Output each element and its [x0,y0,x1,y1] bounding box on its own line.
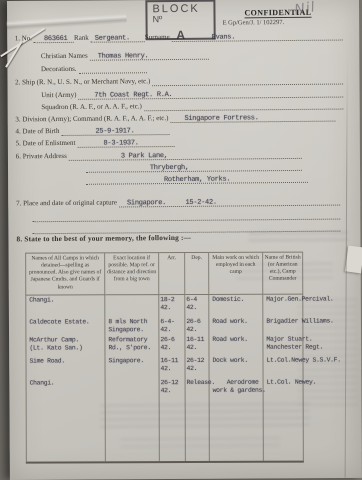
birth-label: 4. Date of Birth [15,127,61,136]
ship-label: 2. Ship (R. N., U. S. N., or Merchant Na… [15,77,152,87]
cell-camp: Changi. [25,295,105,317]
cell-arrival: 18-2 42. [159,295,185,317]
ship-entry-line [152,74,343,87]
field-row-christian-names: Christian Names Thomas Henry. [41,48,209,61]
page-content: BLOCK Nº A CONFIDENTIAL E Gp/Gen/J. 1/ 1… [6,0,362,480]
cell-work: Dock work. [209,356,263,378]
memory-section-heading: 8. State to the best of your memory, the… [16,233,191,244]
cell-work: Road work. [209,335,263,356]
no-entry-line: 863661 [34,32,74,43]
cell-commander: Lt.Col.Newey S.S.V.F. [263,356,303,378]
cell-commander: Lt.Col. Newey. [264,378,304,404]
cell-arrival: 26-12 42. [160,378,186,404]
reference-number: E Gp/Gen/J. 1/ 102297. [223,19,285,27]
document-page: BLOCK Nº A CONFIDENTIAL E Gp/Gen/J. 1/ 1… [7,0,362,480]
cell-location [106,378,160,404]
binding-thread [5,41,22,68]
rank-entry-line: Sergeant. [91,31,145,42]
field-row-capture: 7. Place and date of original capture Si… [16,194,340,209]
cell-commander: Major.Gen.Percival. [263,295,303,317]
ink-bleedthrough [297,298,358,409]
cell-location: 8 mls North Singapore. [105,317,159,335]
cell-empty [26,404,106,461]
capture-label: 7. Place and date of original capture [16,198,119,208]
address-entry-line3: Rotherham, Yorks. [86,172,308,185]
cell-commander: Brigadier Williams. [263,317,303,335]
cell-camp: Sime Road. [25,356,105,378]
header-camp-commander: Name of British (or American etc.), Camp… [263,253,303,295]
christian-names-value: Thomas Henry. [98,52,149,60]
handwritten-nil-note: Nil [293,0,317,19]
cell-location: Reformatory Rd., S'pore. [105,335,159,356]
stamp-text: Nº [148,15,214,24]
address-label: 6. Private Address [16,152,69,161]
ink-bleedthrough [248,231,348,242]
cell-arrival: 16-11 42. [159,356,185,378]
capture-entry-line: Singapore. 15-2-42. [119,195,340,208]
cell-departure: 26-12 42. [185,356,209,378]
block-number-stamp: BLOCK Nº A [145,0,215,40]
cell-work: Aerodrome work & gardens. [210,378,264,404]
capture-value: Singapore. 15-2-42. [127,199,217,208]
address-value-line3: Rotherham, Yorks. [164,176,230,185]
stamp-block-letter: A [176,28,185,42]
no-label: 1. No. [15,34,34,43]
rank-value: Sergeant. [95,34,130,42]
cell-arrival: 26-6 42. [159,335,185,356]
christian-names-label: Christian Names [41,52,90,61]
decorations-label: Decorations. [41,65,79,74]
unit-label: Unit (Army) [41,91,78,100]
division-value: Singapore Fortress. [184,114,258,123]
cell-work: Domestic. [209,295,263,317]
cell-commander: Major Stuart. Manchester Regt. [263,335,303,356]
division-entry-line: Singapore Fortress. [170,111,335,123]
rank-label: Rank [74,34,91,43]
cell-departure: Release. [186,378,210,404]
cell-camp: Changi. [26,378,106,404]
header-departure: Dep. [185,253,209,295]
cell-empty [186,404,210,461]
cell-camp: McArthur Camp. (Lt. Kato San.) [25,335,105,356]
cell-arrival: 6-4- 42. [159,317,185,335]
enlistment-value: 8-3-1937. [103,139,138,147]
field-row-decorations: Decorations. [41,61,147,74]
cell-departure: 6-4 42. [185,295,209,317]
cell-camp: Caldecote Estate. [25,317,105,335]
field-row-address3: Rotherham, Yorks. [86,171,308,185]
header-camp-names: Names of All Camps in which detained—spe… [25,253,105,295]
cell-departure: 26-6 42. [185,317,209,335]
paper-fold [345,246,362,274]
cell-empty [160,404,186,461]
header-main-work: Main work on which employed in each camp [209,253,263,295]
cell-empty [210,404,264,461]
enlistment-entry-line: 8-3-1937. [77,136,174,148]
cell-location [105,295,159,317]
field-row-division: 3. Division (Army); Command (R. A. F., A… [15,110,335,125]
cell-empty [106,404,160,461]
header-exact-location: Exact location if possible. Map ref. or … [105,253,159,295]
enlistment-label: 5. Date of Enlistment [16,139,78,149]
header-arrival: Arr. [159,253,185,295]
cell-location: Singapore. [105,356,159,378]
paper-crease [6,13,126,30]
cell-work: Road work. [209,317,263,335]
cell-departure: 16-11 42. [185,335,209,356]
cell-empty [264,404,304,461]
christian-names-entry-line: Thomas Henry. [90,49,209,61]
decorations-entry-line [78,62,147,74]
field-row-enlistment: 5. Date of Enlistment 8-3-1937. [16,135,175,148]
no-value: 863661 [44,35,67,43]
camps-table: Names of All Camps in which detained—spe… [25,252,304,464]
